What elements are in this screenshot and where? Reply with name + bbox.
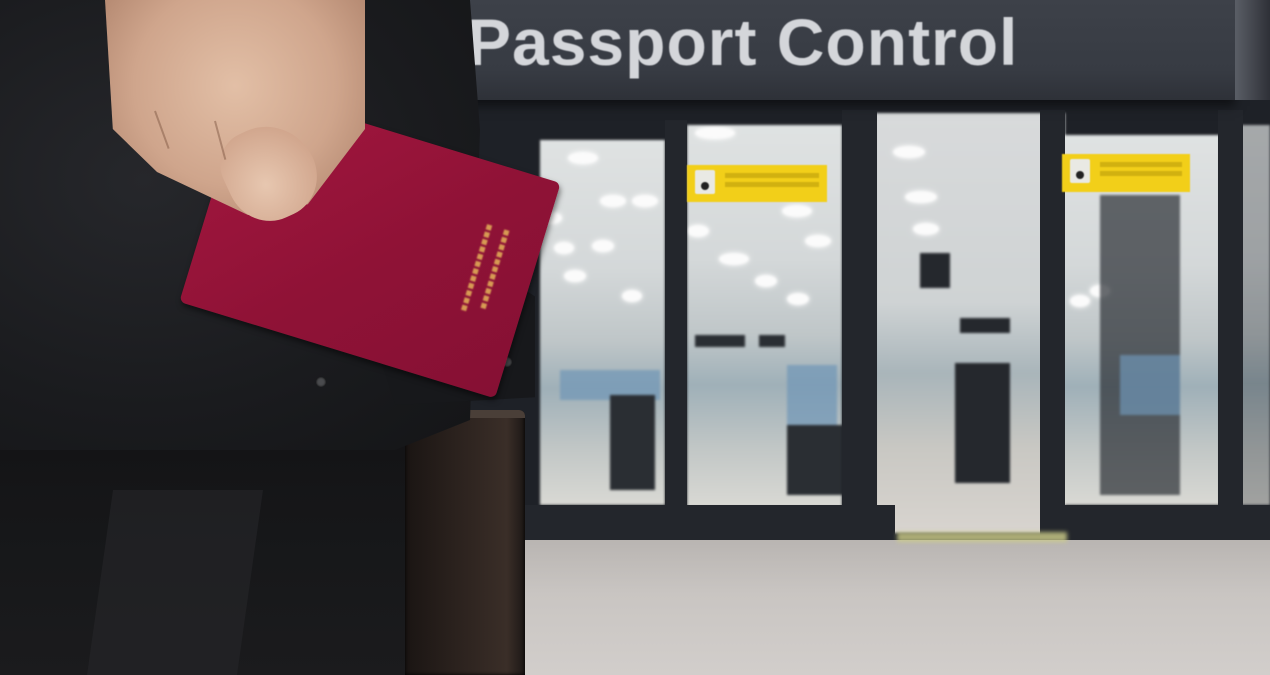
- camera-surveillance-icon: [695, 170, 715, 194]
- camera-surveillance-icon: [1070, 159, 1090, 183]
- open-doorway: [875, 113, 1065, 533]
- door-frame: [665, 120, 687, 520]
- floor-marking: [897, 532, 1067, 542]
- briefcase: [405, 410, 525, 675]
- glass-pane-far-right: [1240, 125, 1270, 505]
- door-frame: [525, 505, 895, 543]
- door-frame: [1218, 110, 1243, 540]
- terminal-floor: [440, 540, 1270, 675]
- trousers-fold: [87, 490, 263, 675]
- coat-button: [316, 377, 326, 387]
- sign-title: Passport Control: [467, 4, 1018, 80]
- passport-control-sign: Passport Control: [445, 0, 1235, 100]
- sign-text-placeholder: [725, 173, 819, 178]
- security-notice-sign: [1062, 154, 1190, 192]
- sign-text-placeholder: [1100, 162, 1182, 167]
- glass-pane-left: [540, 140, 665, 505]
- sign-edge: [1235, 0, 1270, 100]
- photo-scene: Passport Control ■■■■■■■■■■■ ■■■■■■■■■■■…: [0, 0, 1270, 675]
- security-notice-sign: [687, 165, 827, 202]
- door-frame: [842, 110, 877, 540]
